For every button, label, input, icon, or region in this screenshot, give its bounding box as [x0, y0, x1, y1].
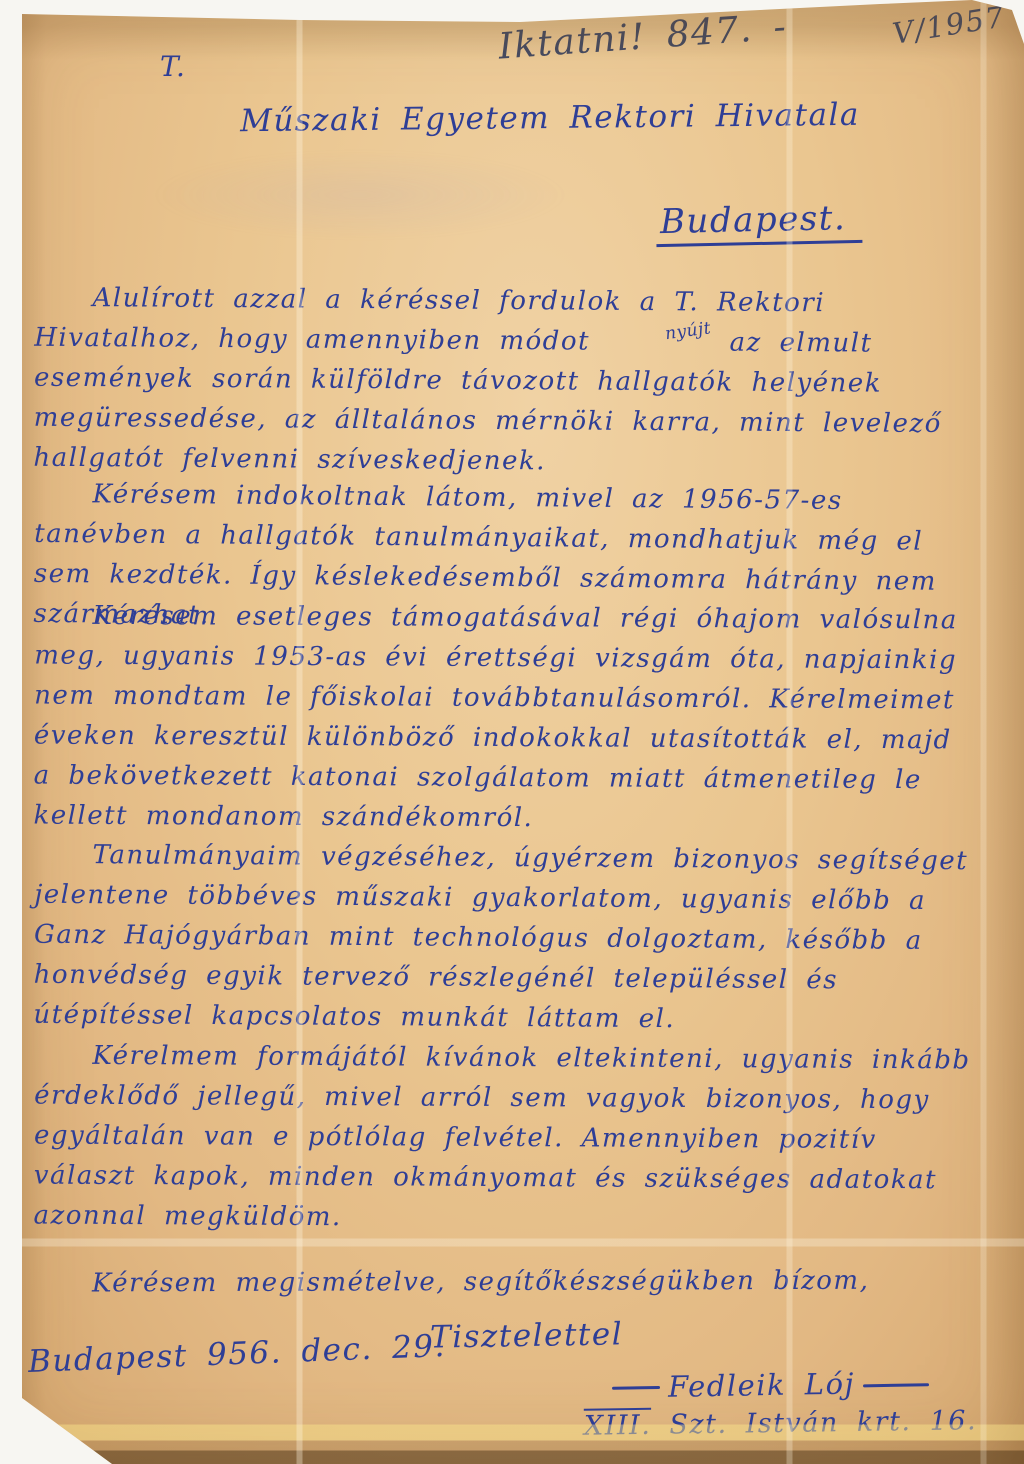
inserted-word-above-line: nyújt [607, 322, 712, 350]
valediction: Tisztelettel [430, 1316, 624, 1355]
paragraph-5-text: Kérelmem formájától kívánok eltekinteni,… [33, 1036, 974, 1241]
date-place-line: Budapest 956. dec. 29. [27, 1328, 446, 1380]
closing-sentence-text: Kérésem megismételve, segítőkészségükben… [34, 1260, 974, 1303]
paragraph-4: Tanulmányaim végzéséhez, úgyérzem bizony… [33, 835, 974, 1042]
closing-sentence: Kérésem megismételve, segítőkészségükben… [34, 1260, 974, 1303]
ink-showthrough-smudge [150, 150, 570, 240]
salutation-abbreviation: T. [160, 50, 186, 83]
pen-flourish-left [612, 1385, 660, 1389]
pen-flourish-right [863, 1383, 929, 1387]
city-line-underlined: Budapest. [656, 198, 863, 247]
scan-background: Iktatni! 847. - V/1957 ek T. Műszaki Egy… [0, 0, 1024, 1464]
address-line: XIII. Szt. István krt. 16. [584, 1405, 977, 1441]
paragraph-3: Kérésem esetleges támogatásával régi óha… [33, 596, 974, 841]
paragraph-5: Kérelmem formájától kívánok eltekinteni,… [33, 1036, 974, 1241]
recipient-name: Műszaki Egyetem Rektori Hivatala [230, 97, 870, 140]
signature-name: Fedleik Lój [668, 1367, 856, 1404]
address-district-numeral: XIII. [584, 1410, 652, 1442]
paragraph-1: Alulírott azzal a kéréssel fordulok a T.… [33, 278, 974, 485]
signature-line: Fedleik Lój [612, 1365, 930, 1405]
registry-annotation: Iktatni! 847. - [497, 0, 919, 68]
paragraph-3-text: Kérésem esetleges támogatásával régi óha… [33, 596, 974, 841]
letter-paper-sheet: Iktatni! 847. - V/1957 ek T. Műszaki Egy… [0, 0, 1024, 1464]
address-street: Szt. István krt. 16. [651, 1405, 977, 1441]
paragraph-4-text: Tanulmányaim végzéséhez, úgyérzem bizony… [33, 835, 974, 1042]
